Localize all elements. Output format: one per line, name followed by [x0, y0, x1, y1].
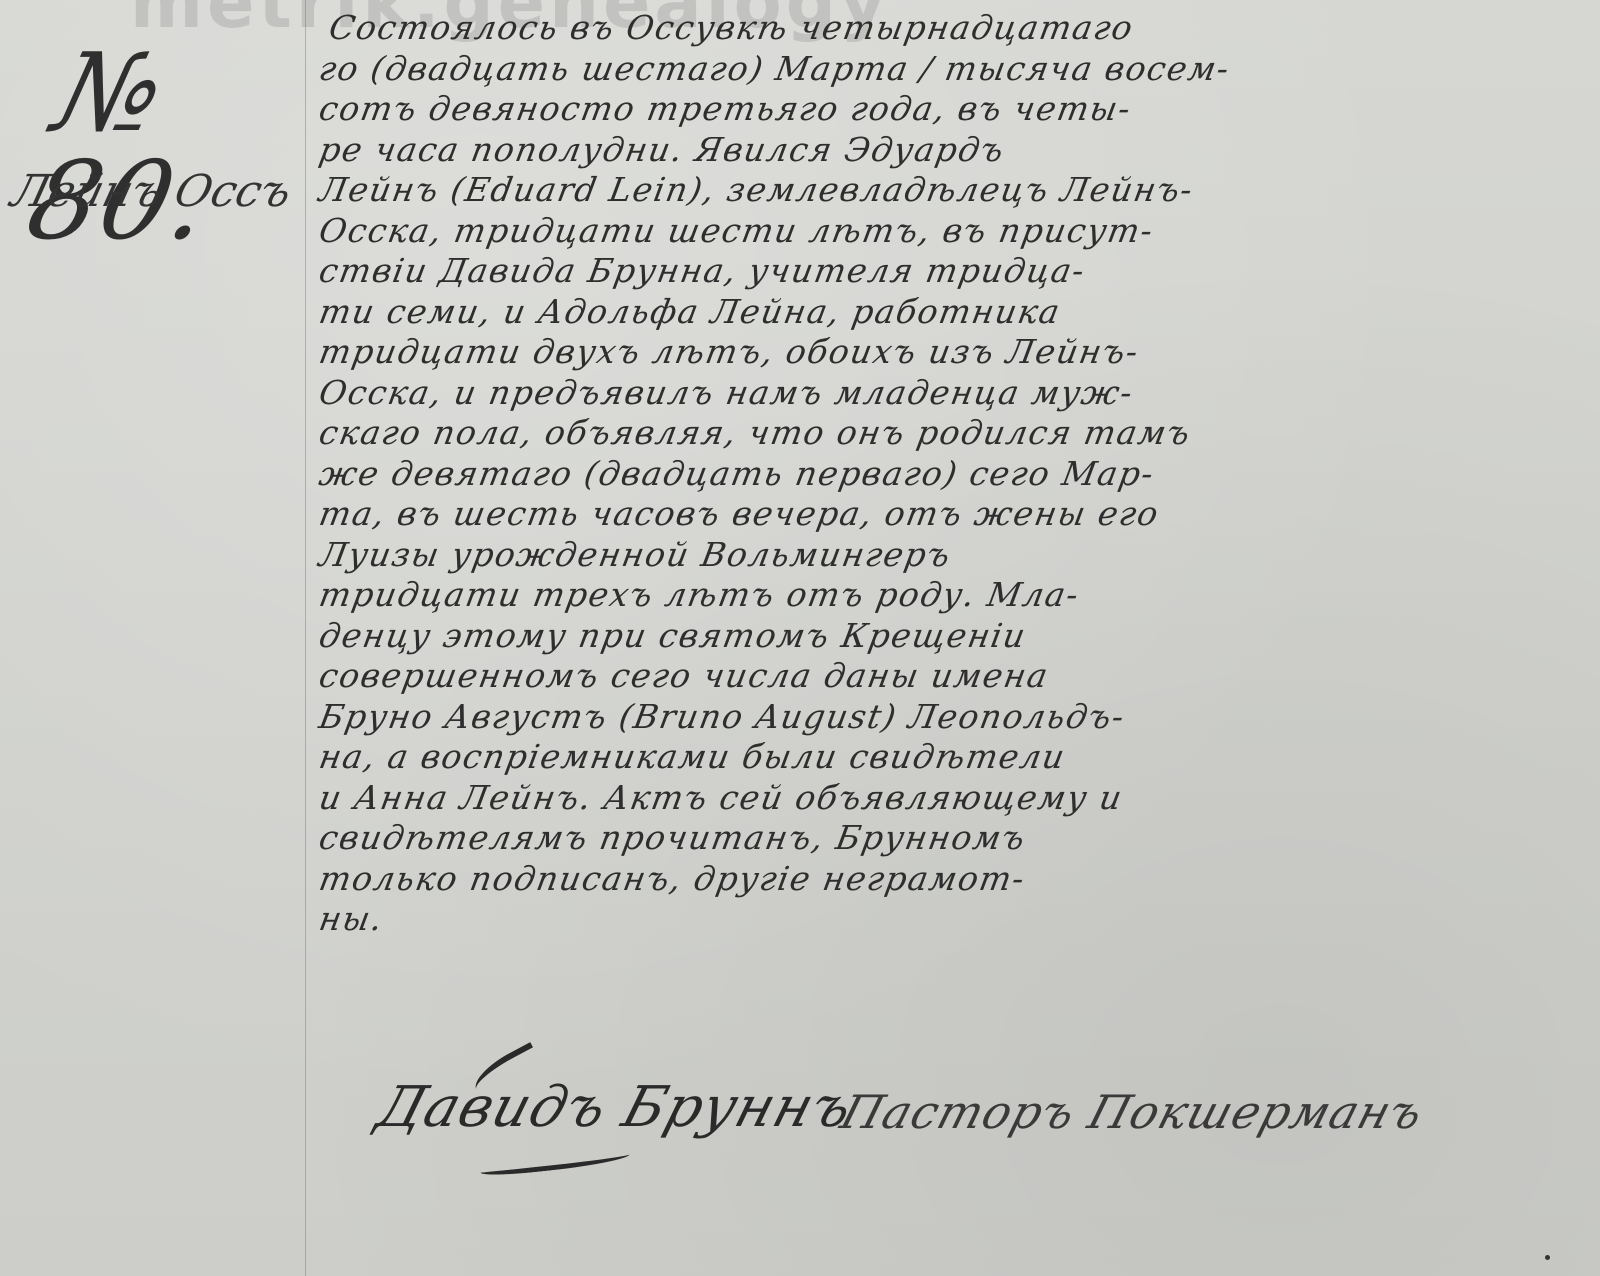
record-line: ны.	[316, 899, 1573, 940]
signature-underline	[480, 1149, 631, 1178]
record-line: ти семи, и Адольфа Лейна, работника	[316, 292, 1573, 333]
record-line: ре часа пополудни. Явился Эдуардъ	[316, 130, 1573, 171]
record-line: Луизы урожденной Вольмингеръ	[316, 535, 1573, 576]
document-page: metrik.genealogy № 80. Лейнъ Оссъ Состоя…	[0, 0, 1600, 1276]
entry-number: № 80.	[18, 40, 354, 256]
record-line: Осска, и предъявилъ намъ младенца муж-	[316, 373, 1573, 414]
record-body: Состоялось въ Оссувкѣ четырнадцатаго го …	[316, 8, 1566, 940]
record-line: тридцати двухъ лѣтъ, обоихъ изъ Лейнъ-	[316, 332, 1573, 373]
record-line: только подписанъ, другіе неграмот-	[316, 859, 1573, 900]
signature-pastor: Пасторъ Покшерманъ	[835, 1085, 1430, 1139]
record-line: же девятаго (двадцать перваго) сего Мар-	[316, 454, 1573, 495]
record-line: денцу этому при святомъ Крещеніи	[316, 616, 1573, 657]
record-line: та, въ шесть часовъ вечера, отъ жены его	[316, 494, 1573, 535]
record-line: го (двадцать шестаго) Марта / тысяча вос…	[316, 49, 1573, 90]
margin-divider	[305, 0, 306, 1276]
record-line: тридцати трехъ лѣтъ отъ роду. Мла-	[316, 575, 1573, 616]
record-line: Осска, тридцати шести лѣтъ, въ присут-	[316, 211, 1573, 252]
signature-block: Давидъ Бруннъ Пасторъ Покшерманъ	[360, 1075, 1560, 1195]
record-line: Лейнъ (Eduard Lein), землевладѣлецъ Лейн…	[316, 170, 1573, 211]
record-line: скаго пола, объявляя, что онъ родился та…	[316, 413, 1573, 454]
ink-dot	[1545, 1255, 1550, 1260]
record-line: Состоялось въ Оссувкѣ четырнадцатаго	[316, 8, 1573, 49]
margin-name: Лейнъ Оссъ	[6, 166, 297, 217]
record-line: и Анна Лейнъ. Актъ сей объявляющему и	[316, 778, 1573, 819]
record-line: на, а воспріемниками были свидѣтели	[316, 737, 1573, 778]
signature-witness: Давидъ Бруннъ	[370, 1075, 860, 1140]
margin-column: № 80. Лейнъ Оссъ	[0, 0, 300, 1276]
record-line: ствіи Давида Брунна, учителя тридца-	[316, 251, 1573, 292]
record-line: сотъ девяносто третьяго года, въ четы-	[316, 89, 1573, 130]
record-line: свидѣтелямъ прочитанъ, Брунномъ	[316, 818, 1573, 859]
record-line: Бруно Августъ (Bruno August) Леопольдъ-	[316, 697, 1573, 738]
record-line: совершенномъ сего числа даны имена	[316, 656, 1573, 697]
